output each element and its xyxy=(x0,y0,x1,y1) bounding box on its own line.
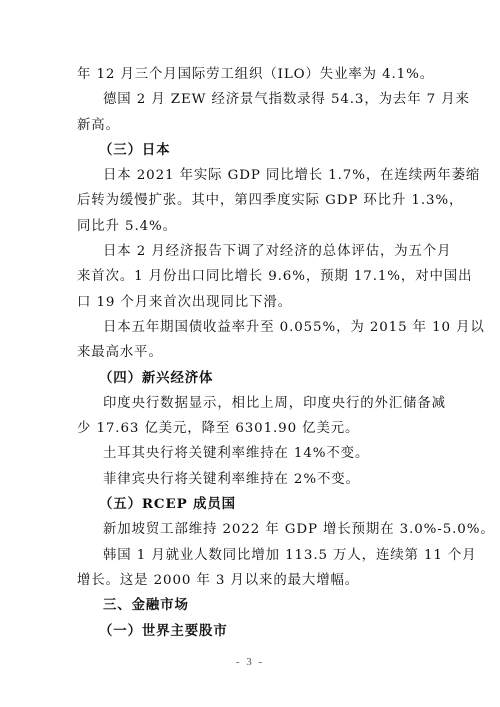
text-line: 同比升 5.4%。 xyxy=(77,214,425,239)
paragraph-philippines-rate: 菲律宾央行将关键利率维持在 2%不变。 xyxy=(77,467,425,492)
paragraph-turkey-rate: 土耳其央行将关键利率维持在 14%不变。 xyxy=(77,441,425,466)
paragraph-korea-employment: 韩国 1 月就业人数同比增加 113.5 万人，连续第 11 个月 xyxy=(77,543,425,568)
text-line: 增长。这是 2000 年 3 月以来的最大增幅。 xyxy=(77,568,425,593)
text-line: 少 17.63 亿美元，降至 6301.90 亿美元。 xyxy=(77,416,425,441)
text-line: 来最高水平。 xyxy=(77,340,425,365)
text-line: 年 12 月三个月国际劳工组织（ILO）失业率为 4.1%。 xyxy=(77,62,425,87)
paragraph-japan-gdp: 日本 2021 年实际 GDP 同比增长 1.7%，在连续两年萎缩 xyxy=(77,163,425,188)
text-line: 口 19 个月来首次出现同比下滑。 xyxy=(77,290,425,315)
text-line: 后转为缓慢扩张。其中，第四季度实际 GDP 环比升 1.3%， xyxy=(77,188,425,213)
paragraph-singapore-gdp: 新加坡贸工部维持 2022 年 GDP 增长预期在 3.0%-5.0%。 xyxy=(77,517,425,542)
document-page: 年 12 月三个月国际劳工组织（ILO）失业率为 4.1%。 德国 2 月 ZE… xyxy=(77,62,425,644)
text-line: 新高。 xyxy=(77,113,425,138)
paragraph-japan-bond: 日本五年期国债收益率升至 0.055%，为 2015 年 10 月以 xyxy=(77,315,425,340)
paragraph-japan-report: 日本 2 月经济报告下调了对经济的总体评估，为五个月 xyxy=(77,239,425,264)
paragraph-germany-zew: 德国 2 月 ZEW 经济景气指数录得 54.3，为去年 7 月来 xyxy=(77,87,425,112)
page-number: - 3 - xyxy=(0,656,500,668)
section-heading-emerging: （四）新兴经济体 xyxy=(77,366,425,391)
section-heading-rcep: （五）RCEP 成员国 xyxy=(77,492,425,517)
text-line: 来首次。1 月份出口同比增长 9.6%，预期 17.1%，对中国出 xyxy=(77,264,425,289)
paragraph-india-reserves: 印度央行数据显示，相比上周，印度央行的外汇储备减 xyxy=(77,391,425,416)
section-heading-stock-markets: （一）世界主要股市 xyxy=(77,619,425,644)
section-heading-japan: （三）日本 xyxy=(77,138,425,163)
chapter-heading-financial-markets: 三、金融市场 xyxy=(77,593,425,618)
